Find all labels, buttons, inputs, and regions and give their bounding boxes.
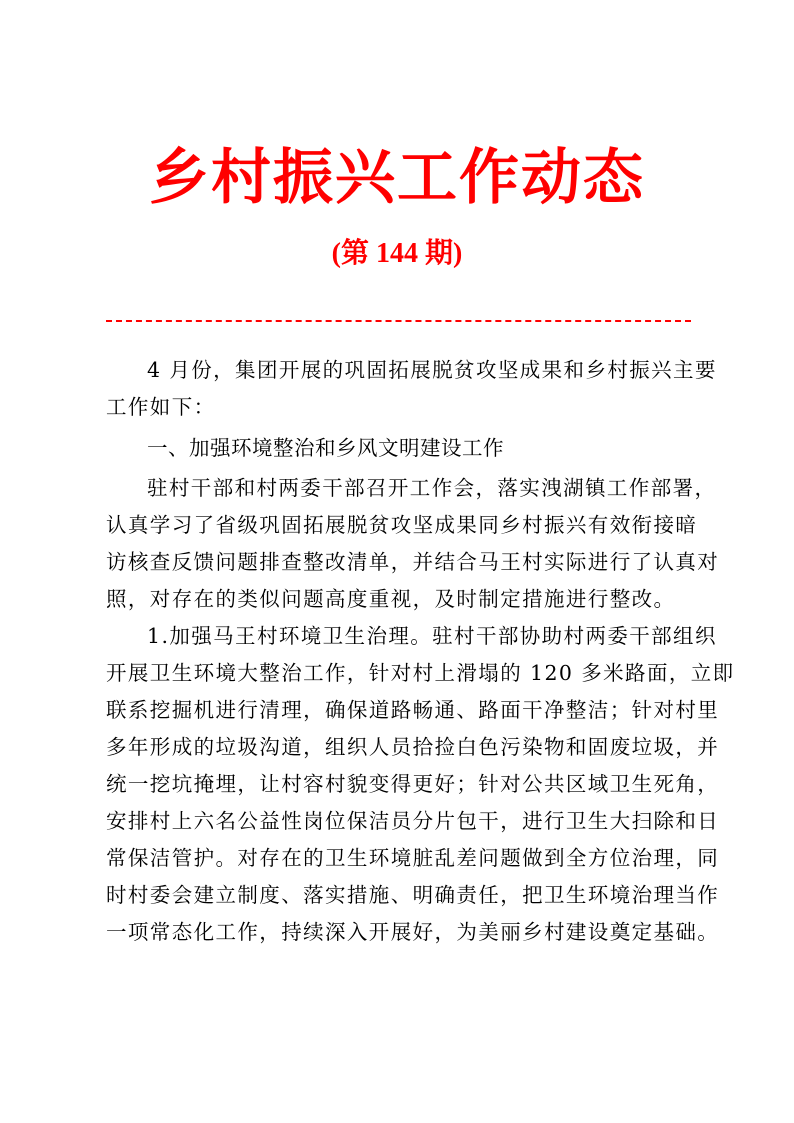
text-line: 开展卫生环境大整治工作，针对村上滑塌的 120 多米路面，立即 <box>65 655 692 692</box>
text-line: 时村委会建立制度、落实措施、明确责任，把卫生环境治理当作 <box>65 877 692 914</box>
text-line: 驻村干部和村两委干部召开工作会，落实洩湖镇工作部署， <box>106 470 692 507</box>
text-line: 1.加强马王村环境卫生治理。驻村干部协助村两委干部组织 <box>106 618 692 655</box>
text-line: 访核查反馈问题排查整改清单，并结合马王村实际进行了认真对 <box>65 544 692 581</box>
text-line: 4 月份，集团开展的巩固拓展脱贫攻坚成果和乡村振兴主要 <box>106 352 692 389</box>
red-dashed-divider <box>106 320 691 322</box>
text-line: 工作如下： <box>65 389 692 426</box>
text-line: 联系挖掘机进行清理，确保道路畅通、路面干净整洁；针对村里 <box>65 692 692 729</box>
text-line: 一项常态化工作，持续深入开展好，为美丽乡村建设奠定基础。 <box>65 914 692 951</box>
document-body: 4 月份，集团开展的巩固拓展脱贫攻坚成果和乡村振兴主要 工作如下： 一、加强环境… <box>106 352 692 951</box>
paragraph-2: 1.加强马王村环境卫生治理。驻村干部协助村两委干部组织 开展卫生环境大整治工作，… <box>106 618 692 951</box>
text-line: 常保洁管护。对存在的卫生环境脏乱差问题做到全方位治理，同 <box>65 840 692 877</box>
text-line: 安排村上六名公益性岗位保洁员分片包干，进行卫生大扫除和日 <box>65 803 692 840</box>
text-line: 多年形成的垃圾沟道，组织人员拾捡白色污染物和固废垃圾，并 <box>65 729 692 766</box>
text-line: 照，对存在的类似问题高度重视，及时制定措施进行整改。 <box>65 581 692 618</box>
intro-paragraph: 4 月份，集团开展的巩固拓展脱贫攻坚成果和乡村振兴主要 工作如下： <box>106 352 692 426</box>
document-page: 乡村振兴工作动态 (第 144 期) 4 月份，集团开展的巩固拓展脱贫攻坚成果和… <box>0 0 794 1123</box>
section-heading: 一、加强环境整治和乡风文明建设工作 <box>106 426 692 470</box>
issue-number: (第 144 期) <box>0 234 794 274</box>
text-line: 统一挖坑掩埋，让村容村貌变得更好；针对公共区域卫生死角， <box>65 766 692 803</box>
text-line: 认真学习了省级巩固拓展脱贫攻坚成果同乡村振兴有效衔接暗 <box>65 507 692 544</box>
document-title: 乡村振兴工作动态 <box>0 138 794 218</box>
paragraph-1: 驻村干部和村两委干部召开工作会，落实洩湖镇工作部署， 认真学习了省级巩固拓展脱贫… <box>106 470 692 618</box>
